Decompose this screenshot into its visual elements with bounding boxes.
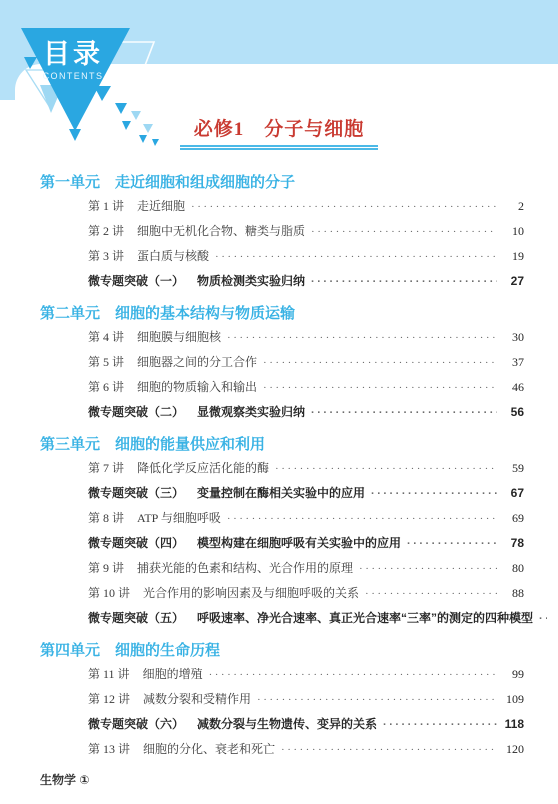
entry-title: 变量控制在酶相关实验中的应用 (197, 481, 365, 506)
entry-title: 光合作用的影响因素及与细胞呼吸的关系 (143, 581, 359, 606)
entry-title: 捕获光能的色素和结构、光合作用的原理 (137, 556, 353, 581)
page-number: 120 (500, 737, 524, 762)
entry-title: 减数分裂和受精作用 (143, 687, 251, 712)
page-number: 30 (500, 325, 524, 350)
entry-title: 细胞中无机化合物、糖类与脂质 (137, 219, 305, 244)
entry-label: 第 12 讲 (88, 687, 130, 712)
triangle-icon (24, 57, 37, 69)
entry-label: 第 11 讲 (88, 662, 130, 687)
entry-title: 物质检测类实验归纳 (197, 269, 305, 294)
entry-title: 蛋白质与核酸 (137, 244, 209, 269)
dot-leader (257, 688, 497, 713)
triangle-icon (122, 121, 131, 130)
entry-title: 模型构建在细胞呼吸有关实验中的应用 (197, 531, 401, 556)
page-number: 80 (500, 556, 524, 581)
entry-title: 呼吸速率、净光合速率、真正光合速率“三率”的测定的四种模型 (197, 606, 533, 631)
toc-page: { "logo": { "title": "目录", "subtitle": "… (0, 0, 558, 804)
dot-leader (215, 245, 497, 270)
lecture-entry: 第 3 讲蛋白质与核酸19 (40, 244, 524, 269)
lecture-entry: 第 8 讲ATP 与细胞呼吸69 (40, 506, 524, 531)
page-number: 99 (500, 662, 524, 687)
micro-topic-entry: 微专题突破（六）减数分裂与生物遗传、变异的关系118 (40, 712, 524, 737)
entry-label: 第 2 讲 (88, 219, 124, 244)
triangle-icon (94, 86, 111, 101)
entry-title: 降低化学反应活化能的酶 (137, 456, 269, 481)
unit-section: 第四单元 细胞的生命历程第 11 讲细胞的增殖99第 12 讲减数分裂和受精作用… (40, 640, 524, 762)
entry-label: 第 7 讲 (88, 456, 124, 481)
page-number: 88 (500, 581, 524, 606)
entry-label: 第 1 讲 (88, 194, 124, 219)
entry-title: 减数分裂与生物遗传、变异的关系 (197, 712, 377, 737)
page-number: 69 (500, 506, 524, 531)
logo-subtitle: CONTENTS (43, 71, 104, 81)
entry-label: 微专题突破（四） (88, 531, 184, 556)
triangle-icon (115, 103, 127, 114)
entry-label: 微专题突破（六） (88, 712, 184, 737)
entry-label: 微专题突破（二） (88, 400, 184, 425)
dot-leader (275, 457, 497, 482)
entry-title: 细胞的物质输入和输出 (137, 375, 257, 400)
page-number: 78 (500, 531, 524, 556)
entry-label: 第 4 讲 (88, 325, 124, 350)
dot-leader (311, 270, 497, 295)
micro-topic-entry: 微专题突破（四）模型构建在细胞呼吸有关实验中的应用78 (40, 531, 524, 556)
micro-topic-entry: 微专题突破（一）物质检测类实验归纳27 (40, 269, 524, 294)
page-number: 59 (500, 456, 524, 481)
lecture-entry: 第 12 讲减数分裂和受精作用109 (40, 687, 524, 712)
logo-title: 目录 (43, 39, 103, 69)
page-number: 37 (500, 350, 524, 375)
triangle-icon (139, 135, 147, 143)
page-number: 109 (500, 687, 524, 712)
lecture-entry: 第 4 讲细胞膜与细胞核30 (40, 325, 524, 350)
entry-title: ATP 与细胞呼吸 (137, 506, 221, 531)
dot-leader (311, 401, 497, 426)
dot-leader (227, 507, 497, 532)
entry-label: 第 13 讲 (88, 737, 130, 762)
dot-leader (407, 532, 497, 557)
dot-leader (383, 713, 497, 738)
entry-title: 走近细胞 (137, 194, 185, 219)
toc: 第一单元 走近细胞和组成细胞的分子第 1 讲走近细胞2第 2 讲细胞中无机化合物… (0, 147, 558, 762)
footer-book-label: 生物学 ① (40, 771, 90, 788)
entry-label: 第 3 讲 (88, 244, 124, 269)
unit-title: 第三单元 细胞的能量供应和利用 (40, 434, 524, 456)
entry-title: 显微观察类实验归纳 (197, 400, 305, 425)
unit-title: 第一单元 走近细胞和组成细胞的分子 (40, 172, 524, 194)
dot-leader (539, 607, 547, 632)
page-number: 10 (500, 219, 524, 244)
page-number: 46 (500, 375, 524, 400)
lecture-entry: 第 9 讲捕获光能的色素和结构、光合作用的原理80 (40, 556, 524, 581)
lecture-entry: 第 1 讲走近细胞2 (40, 194, 524, 219)
entry-label: 第 10 讲 (88, 581, 130, 606)
lecture-entry: 第 2 讲细胞中无机化合物、糖类与脂质10 (40, 219, 524, 244)
lecture-entry: 第 13 讲细胞的分化、衰老和死亡120 (40, 737, 524, 762)
dot-leader (311, 220, 497, 245)
contents-logo: 目录 CONTENTS (0, 0, 200, 152)
page-number: 94 (550, 606, 558, 631)
dot-leader (359, 557, 497, 582)
dot-leader (371, 482, 497, 507)
entry-title: 细胞的分化、衰老和死亡 (143, 737, 275, 762)
page-number: 118 (500, 712, 524, 737)
unit-section: 第二单元 细胞的基本结构与物质运输第 4 讲细胞膜与细胞核30第 5 讲细胞器之… (40, 303, 524, 425)
entry-label: 第 6 讲 (88, 375, 124, 400)
triangle-icon (152, 139, 159, 146)
entry-label: 第 9 讲 (88, 556, 124, 581)
book-title: 必修1 分子与细胞 (180, 114, 379, 147)
dot-leader (227, 326, 497, 351)
dot-leader (209, 663, 497, 688)
entry-label: 第 5 讲 (88, 350, 124, 375)
unit-title: 第二单元 细胞的基本结构与物质运输 (40, 303, 524, 325)
page-number: 67 (500, 481, 524, 506)
unit-title: 第四单元 细胞的生命历程 (40, 640, 524, 662)
micro-topic-entry: 微专题突破（二）显微观察类实验归纳56 (40, 400, 524, 425)
lecture-entry: 第 6 讲细胞的物质输入和输出46 (40, 375, 524, 400)
lecture-entry: 第 7 讲降低化学反应活化能的酶59 (40, 456, 524, 481)
micro-topic-entry: 微专题突破（三）变量控制在酶相关实验中的应用67 (40, 481, 524, 506)
dot-leader (263, 351, 497, 376)
page-number: 27 (500, 269, 524, 294)
dot-leader (365, 582, 497, 607)
unit-section: 第一单元 走近细胞和组成细胞的分子第 1 讲走近细胞2第 2 讲细胞中无机化合物… (40, 172, 524, 294)
dot-leader (263, 376, 497, 401)
entry-title: 细胞的增殖 (143, 662, 203, 687)
dot-leader (191, 195, 497, 220)
triangle-icon (131, 111, 141, 120)
lecture-entry: 第 5 讲细胞器之间的分工合作37 (40, 350, 524, 375)
triangle-icon (69, 129, 81, 141)
page-number: 56 (500, 400, 524, 425)
page-number: 19 (500, 244, 524, 269)
micro-topic-entry: 微专题突破（五）呼吸速率、净光合速率、真正光合速率“三率”的测定的四种模型94 (40, 606, 524, 631)
unit-section: 第三单元 细胞的能量供应和利用第 7 讲降低化学反应活化能的酶59微专题突破（三… (40, 434, 524, 631)
dot-leader (281, 738, 497, 763)
lecture-entry: 第 10 讲光合作用的影响因素及与细胞呼吸的关系88 (40, 581, 524, 606)
entry-label: 微专题突破（五） (88, 606, 184, 631)
entry-label: 第 8 讲 (88, 506, 124, 531)
entry-title: 细胞膜与细胞核 (137, 325, 221, 350)
entry-label: 微专题突破（三） (88, 481, 184, 506)
entry-label: 微专题突破（一） (88, 269, 184, 294)
lecture-entry: 第 11 讲细胞的增殖99 (40, 662, 524, 687)
triangle-icon (143, 124, 153, 133)
entry-title: 细胞器之间的分工合作 (137, 350, 257, 375)
page-number: 2 (500, 194, 524, 219)
